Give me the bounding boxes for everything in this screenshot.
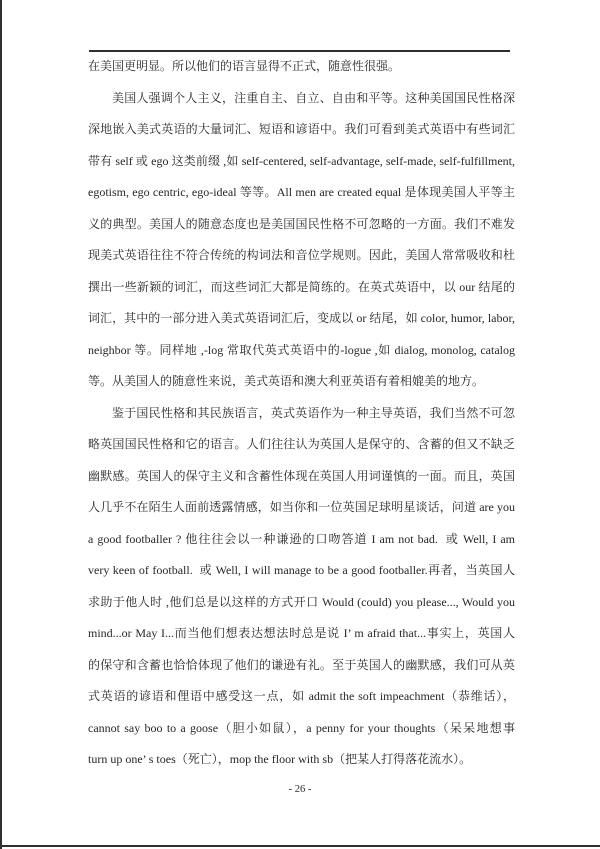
text-line: 式英语的谚语和俚语中感受这一点，如 admit the soft impeach… [88, 681, 515, 713]
text-line: 带有 self 或 ego 这类前缀 ,如 self-centered, sel… [88, 146, 515, 178]
paragraph: 美国人强调个人主义，注重自主、自立、自由和平等。这种美国国民性格深深地嵌入美式英… [88, 83, 515, 398]
text-line: 幽默感。英国人的保守主义和含蓄性体现在英国人用词谨慎的一面。而且，英国 [88, 461, 515, 493]
text-line: turn up one’ s toes（死亡），mop the floor wi… [88, 744, 515, 776]
text-line: 鉴于国民性格和其民族语言，英式英语作为一种主导英语，我们当然不可忽 [88, 398, 515, 430]
paragraph: 在美国更明显。所以他们的语言显得不正式，随意性很强。 [88, 51, 515, 83]
paragraph: 鉴于国民性格和其民族语言，英式英语作为一种主导英语，我们当然不可忽略英国国民性格… [88, 398, 515, 776]
text-line: 现美式英语往往不符合传统的构词法和音位学规则。因此，美国人常常吸收和杜 [88, 240, 515, 272]
text-line: 词汇，其中的一部分进入美式英语词汇后，变成以 or 结尾，如 color, hu… [88, 303, 515, 335]
text-line: 等。从美国人的随意性来说，美式英语和澳大利亚英语有着相媲美的地方。 [88, 366, 515, 398]
text-line: cannot say boo to a goose（胆小如鼠），a penny … [88, 713, 515, 745]
body-text: 在美国更明显。所以他们的语言显得不正式，随意性很强。美国人强调个人主义，注重自主… [88, 51, 515, 776]
page-left-edge [0, 0, 2, 849]
text-line: mind...or May I...而当他们想表达想法时总是说 I’ m afr… [88, 618, 515, 650]
text-line: 深地嵌入美式英语的大量词汇、短语和谚语中。我们可看到美式英语中有些词汇 [88, 114, 515, 146]
text-line: neighbor 等。同样地 ,-log 常取代英式英语中的-logue ,如 … [88, 335, 515, 367]
text-line: a good footballer ? 他往往会以一种谦逊的口吻答道 I am … [88, 524, 515, 556]
document-page: 在美国更明显。所以他们的语言显得不正式，随意性很强。美国人强调个人主义，注重自主… [0, 0, 600, 849]
text-line: 撰出一些新颖的词汇，而这些词汇大都是简练的。在英式英语中，以 our 结尾的 [88, 272, 515, 304]
text-line: 美国人强调个人主义，注重自主、自立、自由和平等。这种美国国民性格深 [88, 83, 515, 115]
page-number: - 26 - [0, 783, 600, 797]
text-line: 略英国国民性格和它的语言。人们往往认为英国人是保守的、含蓄的但又不缺乏 [88, 429, 515, 461]
text-line: 求助于他人时 ,他们总是以这样的方式开口 Would (could) you p… [88, 587, 515, 619]
text-line: egotism, ego centric, ego-ideal 等等。All m… [88, 177, 515, 209]
text-line: 义的典型。美国人的随意态度也是美国国民性格不可忽略的一方面。我们不难发 [88, 209, 515, 241]
page-bottom-edge [0, 845, 600, 848]
text-line: 的保守和含蓄也恰恰体现了他们的谦逊有礼。至于英国人的幽默感，我们可从英 [88, 650, 515, 682]
text-line: 人几乎不在陌生人面前透露情感，如当你和一位英国足球明星谈话，问道 are you [88, 492, 515, 524]
text-line: very keen of football. 或 Well, I will ma… [88, 555, 515, 587]
text-line: 在美国更明显。所以他们的语言显得不正式，随意性很强。 [88, 51, 515, 83]
